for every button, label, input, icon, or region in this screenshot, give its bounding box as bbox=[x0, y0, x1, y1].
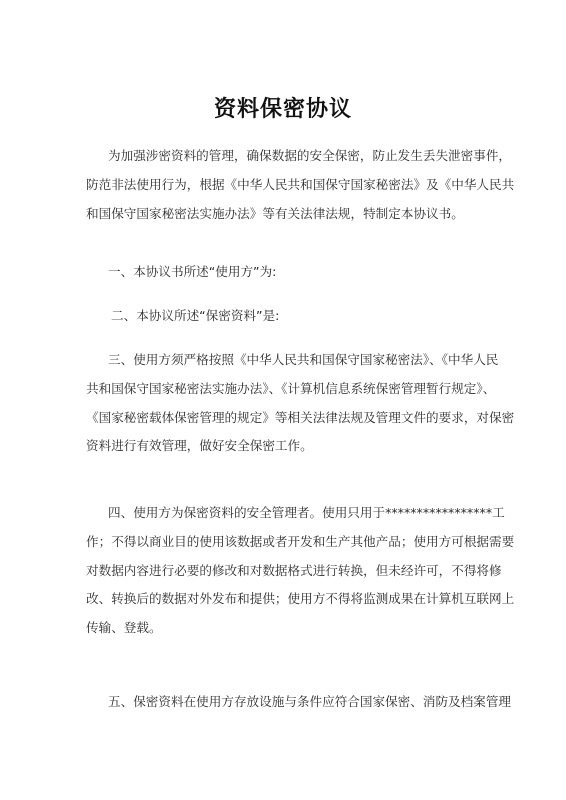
text-line: 资料进行有效管理，做好安全保密工作。 bbox=[86, 432, 478, 461]
text-line: 五、保密资料在使用方存放设施与条件应符合国家保密、消防及档案管理 bbox=[86, 688, 478, 717]
text-line: 二、本协议所述“保密资料”是: bbox=[86, 302, 478, 331]
text-line: 对数据内容进行必要的修改和对数据格式进行转换，但未经许可，不得将修 bbox=[86, 557, 478, 586]
text-line: 防范非法使用行为，根据《中华人民共和国保守国家秘密法》及《中华人民共 bbox=[86, 171, 478, 200]
intro-paragraph: 为加强涉密资料的管理，确保数据的安全保密，防止发生丢失泄密事件， 防范非法使用行… bbox=[86, 142, 478, 228]
clause-5-paragraph: 五、保密资料在使用方存放设施与条件应符合国家保密、消防及档案管理 bbox=[86, 688, 478, 717]
text-line: 三、使用方须严格按照《中华人民共和国保守国家秘密法》、《中华人民 bbox=[86, 346, 478, 375]
text-line: 共和国保守国家秘密法实施办法》、《计算机信息系统保密管理暂行规定》、 bbox=[86, 375, 478, 404]
clause-3-paragraph: 三、使用方须严格按照《中华人民共和国保守国家秘密法》、《中华人民 共和国保守国家… bbox=[86, 346, 478, 461]
text-line: 作；不得以商业目的使用该数据或者开发和生产其他产品；使用方可根据需要 bbox=[86, 528, 478, 557]
clause-2-paragraph: 二、本协议所述“保密资料”是: bbox=[86, 302, 478, 331]
text-line: 四、使用方为保密资料的安全管理者。使用只用于*****************工 bbox=[86, 499, 478, 528]
clause-1-paragraph: 一、本协议书所述“使用方”为: bbox=[86, 258, 478, 287]
text-line: 改、转换后的数据对外发布和提供；使用方不得将监测成果在计算机互联网上 bbox=[86, 585, 478, 614]
document-page: 资料保密协议 为加强涉密资料的管理，确保数据的安全保密，防止发生丢失泄密事件， … bbox=[0, 0, 566, 800]
text-line: 传输、登载。 bbox=[86, 614, 478, 643]
text-line: 和国保守国家秘密法实施办法》等有关法律法规，特制定本协议书。 bbox=[86, 200, 478, 229]
text-line: 《国家秘密载体保密管理的规定》等相关法律法规及管理文件的要求，对保密 bbox=[86, 404, 478, 433]
document-title: 资料保密协议 bbox=[0, 95, 566, 125]
text-line: 为加强涉密资料的管理，确保数据的安全保密，防止发生丢失泄密事件， bbox=[86, 142, 478, 171]
clause-4-paragraph: 四、使用方为保密资料的安全管理者。使用只用于*****************工… bbox=[86, 499, 478, 643]
text-line: 一、本协议书所述“使用方”为: bbox=[86, 258, 478, 287]
